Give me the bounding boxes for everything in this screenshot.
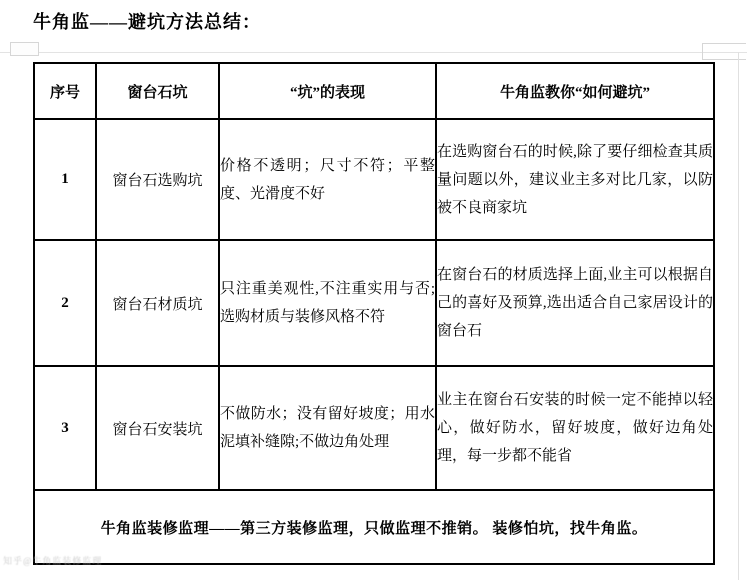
pit-advice: 在选购窗台石的时候,除了要仔细检查其质量问题以外，建议业主多对比几家，以防被不良… <box>436 119 714 240</box>
table-handle-mark <box>10 42 39 56</box>
page-boundary-line <box>0 52 747 53</box>
document-page: 牛角监——避坑方法总结： 序号 窗台石坑 “坑”的表现 牛角监教你“如何避坑” … <box>0 0 747 580</box>
header-cell-index: 序号 <box>34 63 96 119</box>
row-index: 1 <box>34 119 96 240</box>
row-index: 3 <box>34 366 96 490</box>
table-header-row: 序号 窗台石坑 “坑”的表现 牛角监教你“如何避坑” <box>34 63 714 119</box>
pit-symptom: 价格不透明；尺寸不符；平整度、光滑度不好 <box>219 119 436 240</box>
table-row: 3 窗台石安装坑 不做防水；没有留好坡度；用水泥填补缝隙;不做边角处理 业主在窗… <box>34 366 714 490</box>
table-footer-row: 牛角监装修监理——第三方装修监理，只做监理不推销。 装修怕坑，找牛角监。 <box>34 490 714 564</box>
page-corner-mark <box>702 43 746 60</box>
table-row: 1 窗台石选购坑 价格不透明；尺寸不符；平整度、光滑度不好 在选购窗台石的时候,… <box>34 119 714 240</box>
footer-slogan: 牛角监装修监理——第三方装修监理，只做监理不推销。 装修怕坑，找牛角监。 <box>34 490 714 564</box>
header-cell-pit: 窗台石坑 <box>96 63 219 119</box>
pit-symptom: 不做防水；没有留好坡度；用水泥填补缝隙;不做边角处理 <box>219 366 436 490</box>
table-row: 2 窗台石材质坑 只注重美观性,不注重实用与否;选购材质与装修风格不符 在窗台石… <box>34 240 714 366</box>
pit-advice: 在窗台石的材质选择上面,业主可以根据自己的喜好及预算,选出适合自己家居设计的窗台… <box>436 240 714 366</box>
pit-name: 窗台石安装坑 <box>96 366 219 490</box>
header-cell-advice: 牛角监教你“如何避坑” <box>436 63 714 119</box>
pit-symptom: 只注重美观性,不注重实用与否;选购材质与装修风格不符 <box>219 240 436 366</box>
page-title: 牛角监——避坑方法总结： <box>33 8 261 34</box>
watermark: 知乎@牛角监装修监理 <box>3 554 102 567</box>
pit-advice: 业主在窗台石安装的时候一定不能掉以轻心，做好防水，留好坡度，做好边角处理，每一步… <box>436 366 714 490</box>
page-right-edge-line <box>738 52 739 580</box>
pit-name: 窗台石选购坑 <box>96 119 219 240</box>
pitfall-summary-table: 序号 窗台石坑 “坑”的表现 牛角监教你“如何避坑” 1 窗台石选购坑 价格不透… <box>33 62 715 565</box>
row-index: 2 <box>34 240 96 366</box>
pit-name: 窗台石材质坑 <box>96 240 219 366</box>
header-cell-symptom: “坑”的表现 <box>219 63 436 119</box>
